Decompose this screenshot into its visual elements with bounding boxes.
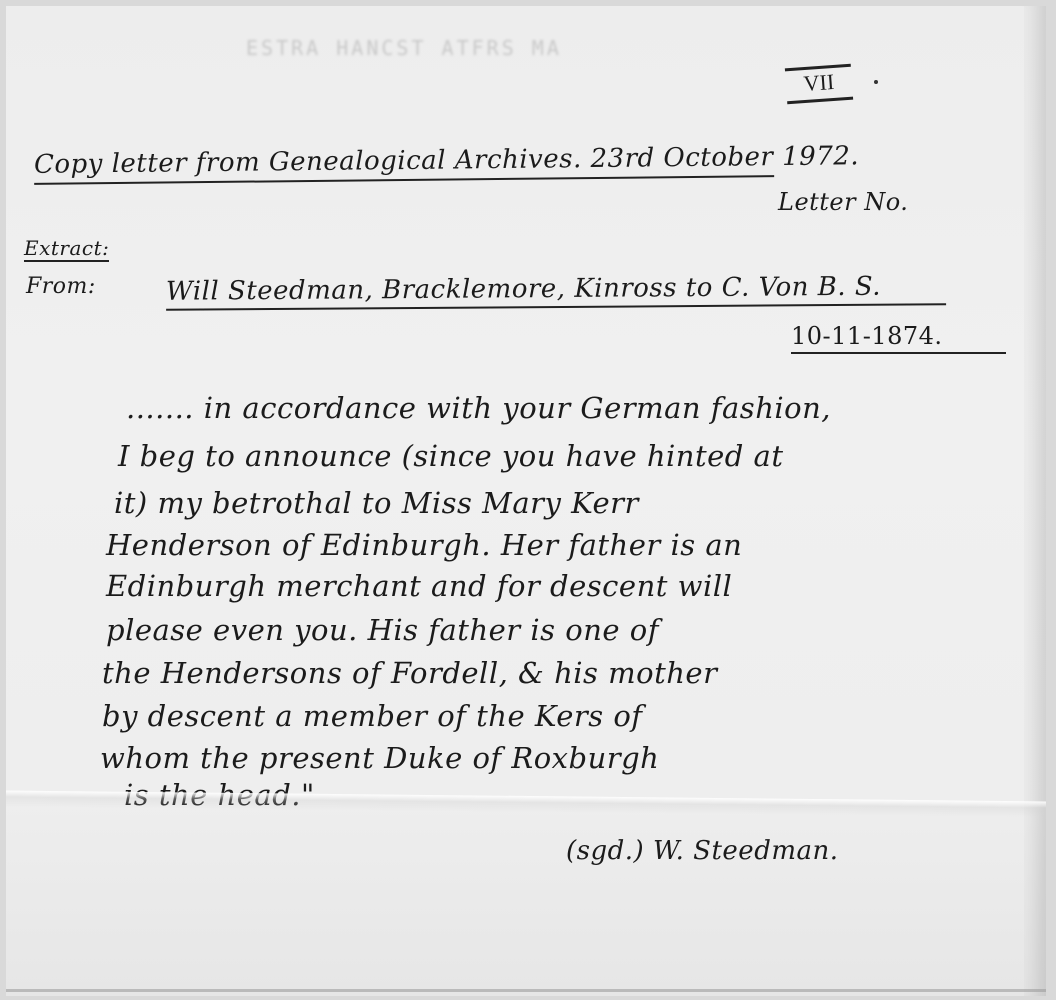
from-label: From: xyxy=(26,274,96,299)
body-line: please even you. His father is one of xyxy=(106,613,659,647)
body-line: the Hendersons of Fordell, & his mother xyxy=(102,656,717,690)
letter-heading: Copy letter from Genealogical Archives. … xyxy=(34,142,774,185)
body-line: whom the present Duke of Roxburgh xyxy=(100,741,659,775)
paper-fold xyxy=(6,791,1046,818)
from-value: Will Steedman, Bracklemore, Kinross to C… xyxy=(166,271,946,310)
body-line: I beg to announce (since you have hinted… xyxy=(118,439,784,473)
page-number-dot xyxy=(874,80,878,84)
signature: (sgd.) W. Steedman. xyxy=(566,836,839,866)
body-line: ....... in accordance with your German f… xyxy=(126,391,831,425)
extract-label: Extract: xyxy=(24,236,109,262)
body-line: by descent a member of the Kers of xyxy=(102,699,643,733)
bottom-fold-line xyxy=(6,989,1046,992)
letter-date: 10-11-1874. xyxy=(791,322,1006,354)
bleed-through-text: ESTRA HANCST ATFRS MA xyxy=(246,36,706,60)
body-line: it) my betrothal to Miss Mary Kerr xyxy=(114,486,639,520)
page-number: VII xyxy=(785,64,853,105)
body-line: Edinburgh merchant and for descent will xyxy=(106,569,732,603)
letter-paper: ESTRA HANCST ATFRS MA VII Copy letter fr… xyxy=(6,6,1046,996)
letter-number-label: Letter No. xyxy=(778,188,908,216)
body-line: Henderson of Edinburgh. Her father is an xyxy=(106,528,742,562)
paper-edge-shadow xyxy=(1024,6,1046,996)
